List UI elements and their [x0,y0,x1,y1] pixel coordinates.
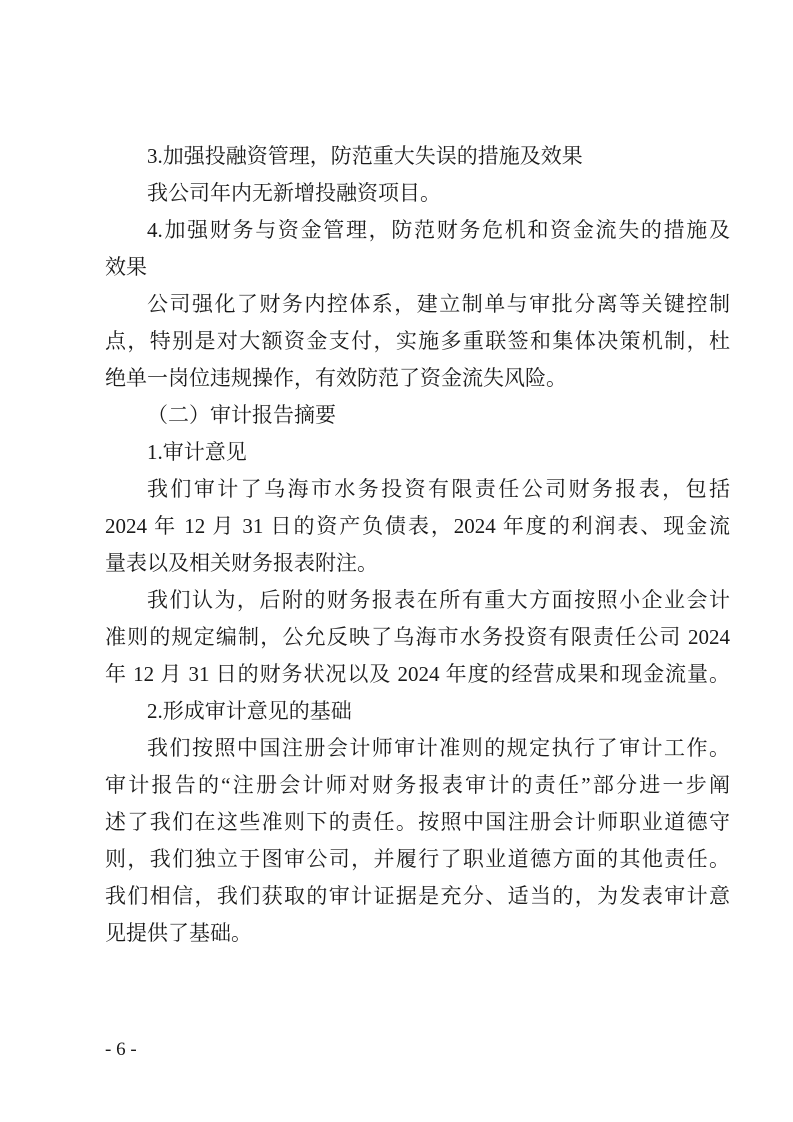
page-footer: - 6 - [105,1036,137,1063]
document-page: 3.加强投融资管理，防范重大失误的措施及效果我公司年内无新增投融资项目。4.加强… [0,0,793,1122]
text-line: 我们认为，后附的财务报表在所有重大方面按照小企业会计 [105,582,730,619]
text-line: （二）审计报告摘要 [105,397,730,434]
text-line: 公司强化了财务内控体系，建立制单与审批分离等关键控制 [105,286,730,323]
text-line: 4.加强财务与资金管理，防范财务危机和资金流失的措施及 [105,212,730,249]
text-line: 量表以及相关财务报表附注。 [105,545,730,582]
text-line: 我公司年内无新增投融资项目。 [105,175,730,212]
text-line: 2.形成审计意见的基础 [105,693,730,730]
text-line: 1.审计意见 [105,434,730,471]
page-number: - 6 - [105,1039,137,1060]
text-line: 我们按照中国注册会计师审计准则的规定执行了审计工作。 [105,730,730,767]
text-line: 点，特别是对大额资金支付，实施多重联签和集体决策机制，杜 [105,323,730,360]
text-line: 见提供了基础。 [105,915,730,952]
text-line: 效果 [105,249,730,286]
text-line: 我们审计了乌海市水务投资有限责任公司财务报表，包括 [105,471,730,508]
text-line: 年 12 月 31 日的财务状况以及 2024 年度的经营成果和现金流量。 [105,656,730,693]
document-body: 3.加强投融资管理，防范重大失误的措施及效果我公司年内无新增投融资项目。4.加强… [105,138,730,952]
text-line: 则，我们独立于图审公司，并履行了职业道德方面的其他责任。 [105,841,730,878]
text-line: 3.加强投融资管理，防范重大失误的措施及效果 [105,138,730,175]
text-line: 我们相信，我们获取的审计证据是充分、适当的，为发表审计意 [105,878,730,915]
text-line: 审计报告的“注册会计师对财务报表审计的责任”部分进一步阐 [105,767,730,804]
text-line: 绝单一岗位违规操作，有效防范了资金流失风险。 [105,360,730,397]
text-line: 2024 年 12 月 31 日的资产负债表，2024 年度的利润表、现金流 [105,508,730,545]
text-line: 准则的规定编制，公允反映了乌海市水务投资有限责任公司 2024 [105,619,730,656]
text-line: 述了我们在这些准则下的责任。按照中国注册会计师职业道德守 [105,804,730,841]
